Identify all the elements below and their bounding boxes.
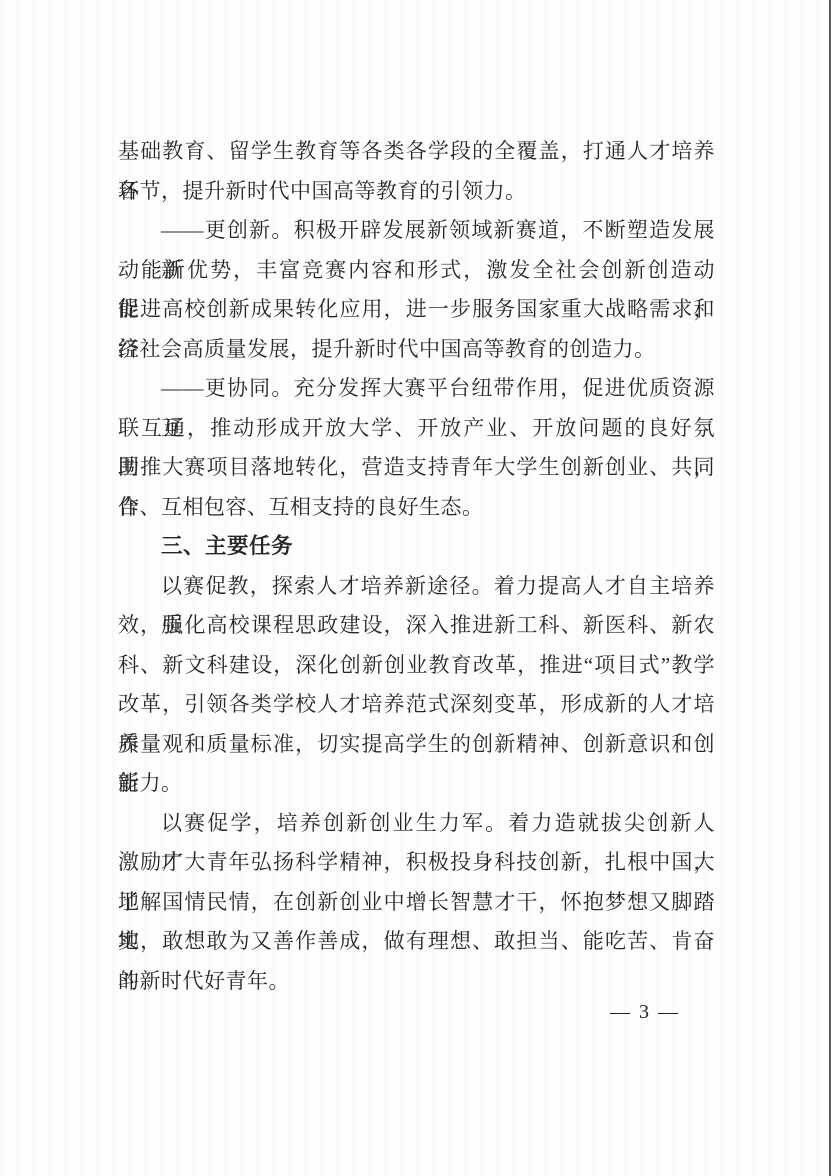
section-heading: 三、主要任务 xyxy=(118,527,715,567)
text-line: 了解国情民情，在创新创业中增长智慧才干，怀抱梦想又脚踏实 xyxy=(118,883,715,923)
text-line: 促进高校创新成果转化应用，进一步服务国家重大战略需求和经 xyxy=(118,290,715,330)
text-line: 科、新文科建设，深化创新创业教育改革，推进“项目式”教学 xyxy=(118,646,715,686)
text-line: 以赛促学，培养创新创业生力军。着力造就拔尖创新人才， xyxy=(118,804,715,844)
page-number: — 3 — xyxy=(610,999,680,1025)
text-line: ——更创新。积极开辟发展新领域新赛道，不断塑造发展新 xyxy=(118,211,715,251)
text-line: 以赛促教，探索人才培养新途径。着力提高人才自主培养质 xyxy=(118,567,715,607)
text-line: 济社会高质量发展，提升新时代中国高等教育的创造力。 xyxy=(118,330,715,370)
text-block: 基础教育、留学生教育等各类各学段的全覆盖，打通人才培养各环节，提升新时代中国高等… xyxy=(118,132,715,1001)
text-line: 基础教育、留学生教育等各类各学段的全覆盖，打通人才培养各 xyxy=(118,132,715,172)
text-line: 动能新优势，丰富竞赛内容和形式，激发全社会创新创造动能， xyxy=(118,251,715,291)
text-line: 地，敢想敢为又善作善成，做有理想、敢担当、能吃苦、肯奋斗 xyxy=(118,922,715,962)
text-line: 作、互相包容、互相支持的良好生态。 xyxy=(118,488,715,528)
text-line: 激励广大青年弘扬科学精神，积极投身科技创新，扎根中国大地 xyxy=(118,843,715,883)
text-line: 能力。 xyxy=(118,764,715,804)
text-line: 环节，提升新时代中国高等教育的引领力。 xyxy=(118,172,715,212)
text-line: 助推大赛项目落地转化，营造支持青年大学生创新创业、共同合 xyxy=(118,448,715,488)
text-line: 的新时代好青年。 xyxy=(118,962,715,1002)
text-line: 质量观和质量标准，切实提高学生的创新精神、创新意识和创新 xyxy=(118,725,715,765)
text-line: ——更协同。充分发挥大赛平台纽带作用，促进优质资源互 xyxy=(118,369,715,409)
document-page: 基础教育、留学生教育等各类各学段的全覆盖，打通人才培养各环节，提升新时代中国高等… xyxy=(0,0,831,1176)
text-line: 效，强化高校课程思政建设，深入推进新工科、新医科、新农 xyxy=(118,606,715,646)
text-line: 联互通，推动形成开放大学、开放产业、开放问题的良好氛围， xyxy=(118,409,715,449)
text-line: 改革，引领各类学校人才培养范式深刻变革，形成新的人才培养 xyxy=(118,685,715,725)
